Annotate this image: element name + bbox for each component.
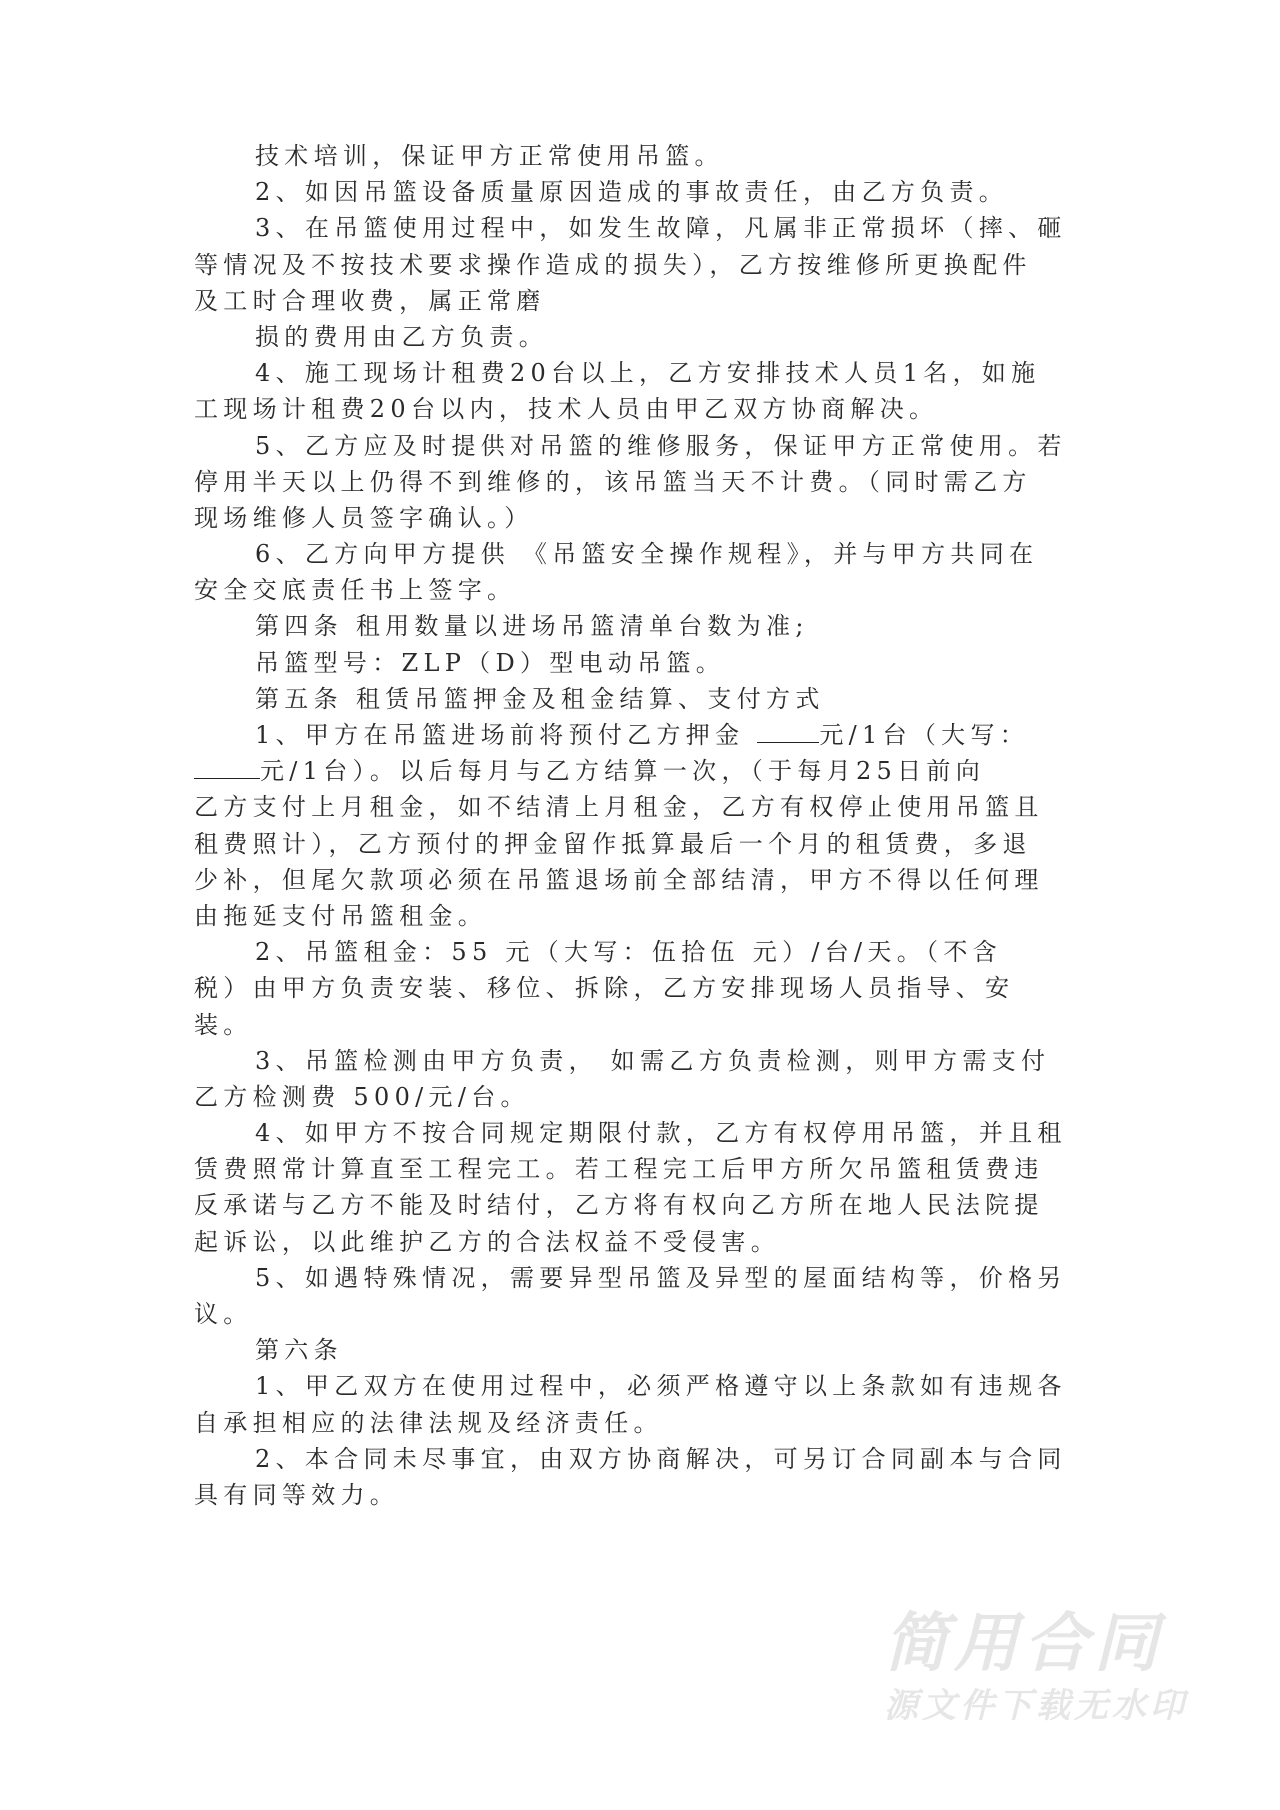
- document-line: 装。: [194, 1007, 1078, 1043]
- document-line: 由拖延支付吊篮租金。: [194, 898, 1078, 934]
- document-line: 元/1台）。以后每月与乙方结算一次，（于每月25日前向: [194, 753, 1078, 789]
- document-line: 2、本合同未尽事宜，由双方协商解决，可另订合同副本与合同: [194, 1441, 1078, 1477]
- document-line: 第四条 租用数量以进场吊篮清单台数为准;: [194, 608, 1078, 644]
- document-line: 赁费照常计算直至工程完工。若工程完工后甲方所欠吊篮租赁费违: [194, 1151, 1078, 1187]
- watermark-caption: 源文件下载无水印: [884, 1678, 1188, 1727]
- document-line: 反承诺与乙方不能及时结付，乙方将有权向乙方所在地人民法院提: [194, 1187, 1078, 1223]
- document-line: 税）由甲方负责安装、移位、拆除，乙方安排现场人员指导、安: [194, 970, 1078, 1006]
- fill-in-blank[interactable]: [194, 756, 260, 779]
- document-line: 3、在吊篮使用过程中，如发生故障，凡属非正常损坏（摔、砸: [194, 210, 1078, 246]
- document-line: 现场维修人员签字确认。）: [194, 500, 1078, 536]
- document-line: 2、吊篮租金：55 元（大写：伍拾伍 元）/台/天。（不含: [194, 934, 1078, 970]
- document-line: 乙方检测费 500/元/台。: [194, 1079, 1078, 1115]
- document-line: 1、甲乙双方在使用过程中，必须严格遵守以上条款如有违规各: [194, 1368, 1078, 1404]
- line-text: 元/1台（大写：: [819, 721, 1029, 749]
- document-line: 第六条: [194, 1332, 1078, 1368]
- document-line: 4、施工现场计租费20台以上，乙方安排技术人员1名，如施: [194, 355, 1078, 391]
- line-text: 元/1台）。以后每月与乙方结算一次，（于每月25日前向: [260, 757, 985, 785]
- document-line: 1、甲方在吊篮进场前将预付乙方押金 元/1台（大写：: [194, 717, 1078, 753]
- document-line: 具有同等效力。: [194, 1477, 1078, 1513]
- document-line: 等情况及不按技术要求操作造成的损失），乙方按维修所更换配件: [194, 247, 1078, 283]
- document-line: 3、吊篮检测由甲方负责， 如需乙方负责检测，则甲方需支付: [194, 1043, 1078, 1079]
- line-text: 1、甲方在吊篮进场前将预付乙方押金: [255, 721, 757, 749]
- document-line: 议。: [194, 1296, 1078, 1332]
- document-line: 损的费用由乙方负责。: [194, 319, 1078, 355]
- document-line: 起诉讼，以此维护乙方的合法权益不受侵害。: [194, 1224, 1078, 1260]
- document-line: 5、如遇特殊情况，需要异型吊篮及异型的屋面结构等，价格另: [194, 1260, 1078, 1296]
- document-line: 2、如因吊篮设备质量原因造成的事故责任，由乙方负责。: [194, 174, 1078, 210]
- document-line: 6、乙方向甲方提供 《吊篮安全操作规程》，并与甲方共同在: [194, 536, 1078, 572]
- document-line: 少补，但尾欠款项必须在吊篮退场前全部结清，甲方不得以任何理: [194, 862, 1078, 898]
- document-page: 技术培训，保证甲方正常使用吊篮。2、如因吊篮设备质量原因造成的事故责任，由乙方负…: [194, 138, 1078, 1513]
- document-line: 自承担相应的法律法规及经济责任。: [194, 1405, 1078, 1441]
- document-line: 5、乙方应及时提供对吊篮的维修服务，保证甲方正常使用。若: [194, 428, 1078, 464]
- document-line: 乙方支付上月租金，如不结清上月租金，乙方有权停止使用吊篮且: [194, 789, 1078, 825]
- fill-in-blank[interactable]: [757, 720, 819, 743]
- document-line: 第五条 租赁吊篮押金及租金结算、支付方式: [194, 681, 1078, 717]
- document-line: 停用半天以上仍得不到维修的，该吊篮当天不计费。（同时需乙方: [194, 464, 1078, 500]
- document-line: 4、如甲方不按合同规定期限付款，乙方有权停用吊篮，并且租: [194, 1115, 1078, 1151]
- watermark-logo: 简用合同: [884, 1592, 1164, 1684]
- document-line: 及工时合理收费，属正常磨: [194, 283, 1078, 319]
- document-line: 工现场计租费20台以内，技术人员由甲乙双方协商解决。: [194, 391, 1078, 427]
- document-line: 租费照计），乙方预付的押金留作抵算最后一个月的租赁费，多退: [194, 826, 1078, 862]
- document-line: 技术培训，保证甲方正常使用吊篮。: [194, 138, 1078, 174]
- document-line: 安全交底责任书上签字。: [194, 572, 1078, 608]
- document-line: 吊篮型号：ZLP（D）型电动吊篮。: [194, 645, 1078, 681]
